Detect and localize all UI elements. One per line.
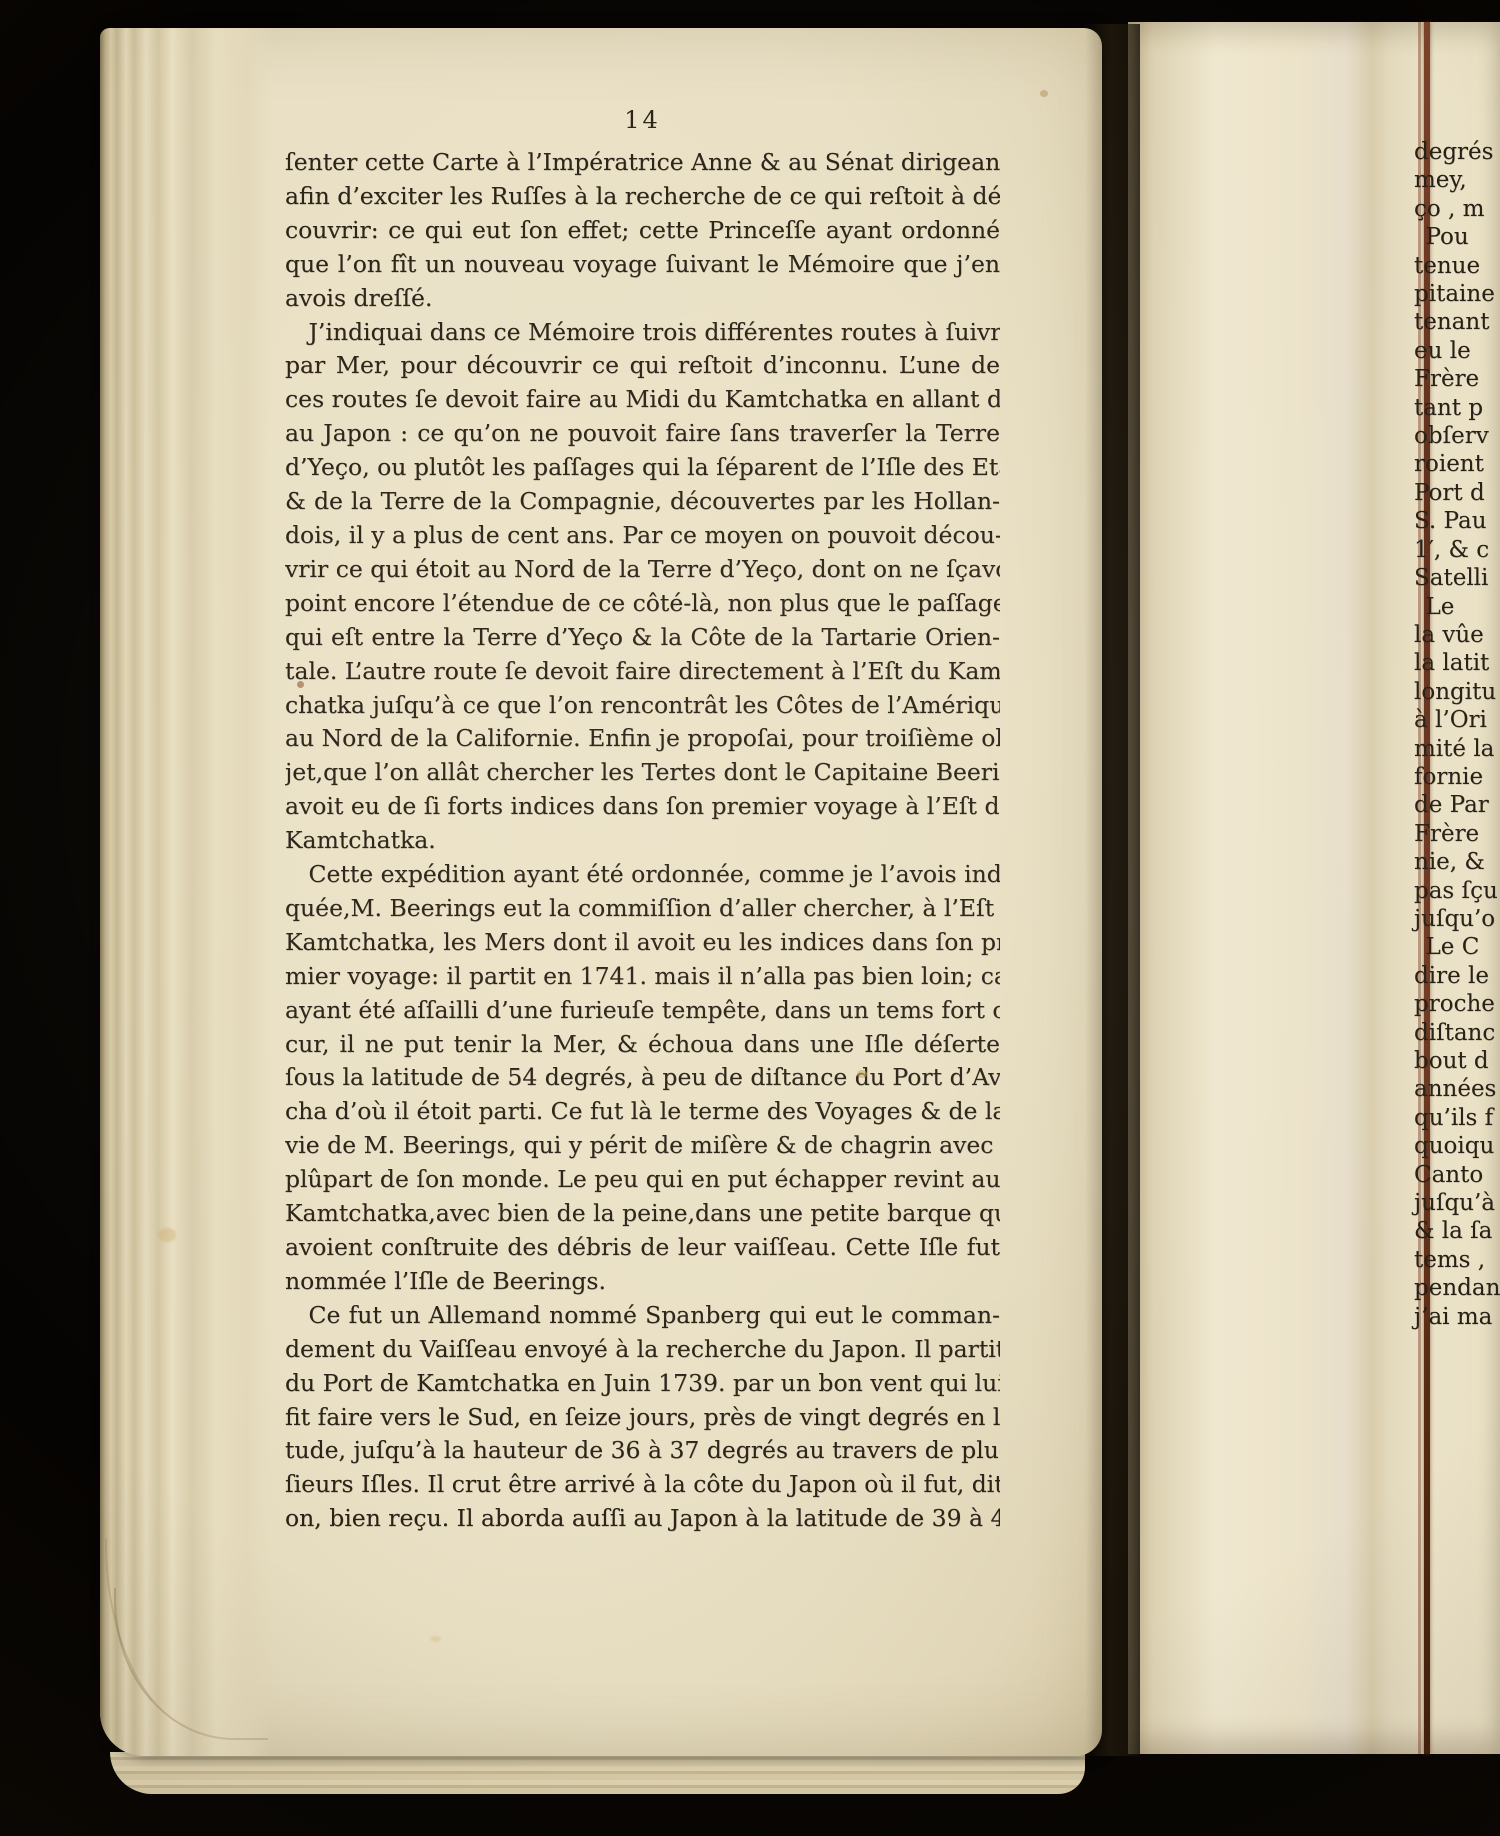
text-line: afin d’exciter les Ruſſes à la recherche… <box>285 180 1000 214</box>
text-fragment: pas ſçu <box>1414 877 1500 905</box>
text-fragment: la latit <box>1414 649 1500 677</box>
text-fragment: ço , m <box>1414 195 1500 223</box>
text-line: tale. L’autre route ſe devoit faire dire… <box>285 655 1000 689</box>
next-page-text-fragments: degrésmey,ço , m Poutenuepitainetenanteu… <box>1414 138 1500 1331</box>
paper-stain <box>158 1228 176 1242</box>
text-fragment: 1′, & c <box>1414 536 1500 564</box>
text-line: que l’on fît un nouveau voyage ſuivant l… <box>285 248 1000 282</box>
text-fragment: obſerv <box>1414 422 1500 450</box>
text-line: au Japon : ce qu’on ne pouvoit faire ſan… <box>285 417 1000 451</box>
text-fragment: Satelli <box>1414 564 1500 592</box>
text-line: avoient conſtruite des débris de leur va… <box>285 1231 1000 1265</box>
text-fragment: mey, <box>1414 166 1500 194</box>
text-line: Kamtchatka,avec bien de la peine,dans un… <box>285 1197 1000 1231</box>
text-fragment: tenue <box>1414 252 1500 280</box>
text-fragment: S. Pau <box>1414 507 1500 535</box>
text-line: par Mer, pour découvrir ce qui reſtoit d… <box>285 349 1000 383</box>
text-line: ſieurs Iſles. Il crut être arrivé à la c… <box>285 1468 1000 1502</box>
text-line: ces routes ſe devoit faire au Midi du Ka… <box>285 383 1000 417</box>
text-fragment: à l’Ori <box>1414 706 1500 734</box>
text-line: avoit eu de ſi forts indices dans ſon pr… <box>285 790 1000 824</box>
text-line: jet,que l’on allât chercher les Tertes d… <box>285 756 1000 790</box>
text-fragment: eu le <box>1414 337 1500 365</box>
text-fragment: degrés <box>1414 138 1500 166</box>
text-fragment: j’ai ma <box>1414 1303 1500 1331</box>
text-line: plûpart de ſon monde. Le peu qui en put … <box>285 1163 1000 1197</box>
text-line: & de la Terre de la Compagnie, découvert… <box>285 485 1000 519</box>
page-number: 14 <box>285 106 1000 134</box>
page-gutter-shadow <box>1085 24 1140 1756</box>
text-fragment: tant p <box>1414 394 1500 422</box>
text-line: chatka juſqu’à ce que l’on rencontrât le… <box>285 689 1000 723</box>
text-fragment: dire le <box>1414 962 1500 990</box>
text-line: on, bien reçu. Il aborda auſſi au Japon … <box>285 1502 1000 1536</box>
text-fragment: & la ſa <box>1414 1217 1500 1245</box>
text-line: vie de M. Beerings, qui y périt de miſèr… <box>285 1129 1000 1163</box>
text-line: Ce fut un Allemand nommé Spanberg qui eu… <box>285 1299 1000 1333</box>
text-line: Cette expédition ayant été ordonnée, com… <box>285 858 1000 892</box>
paper-stain <box>297 681 304 688</box>
text-fragment: Le <box>1414 593 1500 621</box>
text-line: couvrir: ce qui eut ſon effet; cette Pri… <box>285 214 1000 248</box>
page-text-block: ſenter cette Carte à l’Impératrice Anne … <box>285 146 1000 1536</box>
text-line: mier voyage: il partit en 1741. mais il … <box>285 960 1000 994</box>
bottom-page-stack-edges <box>110 1752 1085 1794</box>
text-line: ayant été aſſailli d’une furieuſe tempêt… <box>285 994 1000 1028</box>
text-line: fit faire vers le Sud, en ſeize jours, p… <box>285 1401 1000 1435</box>
text-fragment: années <box>1414 1075 1500 1103</box>
text-fragment: longitu <box>1414 678 1500 706</box>
text-line: qui eſt entre la Terre d’Yeço & la Côte … <box>285 621 1000 655</box>
fore-edge-page-stack <box>100 28 272 1756</box>
text-line: au Nord de la Californie. Enfin je propo… <box>285 722 1000 756</box>
text-fragment: tenant <box>1414 308 1500 336</box>
text-line: ſenter cette Carte à l’Impératrice Anne … <box>285 146 1000 180</box>
text-fragment: qu’ils f <box>1414 1104 1500 1132</box>
text-fragment: Pou <box>1414 223 1500 251</box>
book-scan-photo: 14 ſenter cette Carte à l’Impératrice An… <box>0 0 1500 1836</box>
text-fragment: pendan <box>1414 1274 1500 1302</box>
text-fragment: mité la <box>1414 735 1500 763</box>
paper-stain <box>430 1636 441 1642</box>
text-line: quée,M. Beerings eut la commiſſion d’all… <box>285 892 1000 926</box>
paper-stain <box>857 1070 867 1078</box>
text-line: dement du Vaiſſeau envoyé à la recherche… <box>285 1333 1000 1367</box>
text-fragment: Frère <box>1414 365 1500 393</box>
text-fragment: nie, & <box>1414 848 1500 876</box>
right-page-partial: degrésmey,ço , m Poutenuepitainetenanteu… <box>1128 22 1500 1754</box>
text-line: Kamtchatka, les Mers dont il avoit eu le… <box>285 926 1000 960</box>
text-line: cur, il ne put tenir la Mer, & échoua da… <box>285 1028 1000 1062</box>
paper-stain <box>1040 90 1048 97</box>
text-fragment: Port d <box>1414 479 1500 507</box>
text-line: J’indiquai dans ce Mémoire trois différe… <box>285 316 1000 350</box>
left-page: 14 ſenter cette Carte à l’Impératrice An… <box>100 28 1102 1756</box>
text-fragment: juſqu’o <box>1414 905 1500 933</box>
text-fragment: quoiqu <box>1414 1132 1500 1160</box>
text-fragment: juſqu’à <box>1414 1189 1500 1217</box>
text-fragment: fornie <box>1414 763 1500 791</box>
text-line: vrir ce qui étoit au Nord de la Terre d’… <box>285 553 1000 587</box>
text-line: cha d’où il étoit parti. Ce fut là le te… <box>285 1095 1000 1129</box>
text-fragment: de Par <box>1414 791 1500 819</box>
text-line: avois dreſſé. <box>285 282 1000 316</box>
text-line: point encore l’étendue de ce côté-là, no… <box>285 587 1000 621</box>
text-fragment: diſtanc <box>1414 1019 1500 1047</box>
text-fragment: la vûe <box>1414 621 1500 649</box>
text-fragment: Canto <box>1414 1161 1500 1189</box>
text-fragment: Frère <box>1414 820 1500 848</box>
text-line: ſous la latitude de 54 degrés, à peu de … <box>285 1061 1000 1095</box>
text-fragment: tems , <box>1414 1246 1500 1274</box>
text-fragment: Le C <box>1414 933 1500 961</box>
text-line: tude, juſqu’à la hauteur de 36 à 37 degr… <box>285 1434 1000 1468</box>
text-line: Kamtchatka. <box>285 824 1000 858</box>
text-fragment: proche <box>1414 990 1500 1018</box>
text-line: d’Yeço, ou plutôt les paſſages qui la ſé… <box>285 451 1000 485</box>
text-line: du Port de Kamtchatka en Juin 1739. par … <box>285 1367 1000 1401</box>
text-fragment: bout d <box>1414 1047 1500 1075</box>
text-fragment: pitaine <box>1414 280 1500 308</box>
text-line: nommée l’Iſle de Beerings. <box>285 1265 1000 1299</box>
text-line: dois, il y a plus de cent ans. Par ce mo… <box>285 519 1000 553</box>
text-fragment: roient <box>1414 450 1500 478</box>
